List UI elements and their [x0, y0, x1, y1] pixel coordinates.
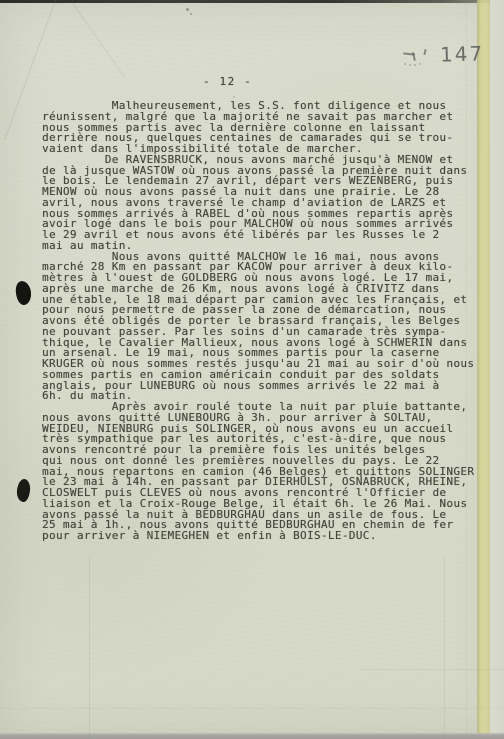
- typewritten-text: Malheureusement, les S.S. font diligence…: [42, 101, 487, 542]
- paragraph: Après avoir roulé toute la nuit par plui…: [42, 402, 487, 542]
- ink-blot: [16, 479, 31, 503]
- crease-line: [89, 556, 90, 739]
- paper-speck: [190, 13, 192, 15]
- ink-blot: [15, 280, 32, 305]
- pencil-mark: [423, 49, 426, 55]
- crease-line: [72, 2, 126, 78]
- crease-line: [0, 708, 504, 709]
- paper-speck: [233, 96, 235, 98]
- pencil-dot: [414, 64, 416, 66]
- scanner-edge-top: [0, 0, 504, 3]
- crease-line: [360, 669, 504, 670]
- paragraph: Nous avons quitté MALCHOW le 16 mai, nou…: [42, 252, 487, 403]
- pencil-dot: [419, 63, 421, 65]
- paper-speck: [186, 8, 189, 11]
- folio-number-handwritten: 147: [440, 41, 485, 66]
- pencil-dot: [404, 63, 406, 65]
- paragraph: De RAVENSBRUCK, nous avons marché jusqu'…: [42, 155, 487, 252]
- crease-line: [444, 556, 445, 739]
- scanner-edge-bottom: [0, 733, 504, 739]
- text-line: pour arriver à NIEMEGHEN et enfin à BOIS…: [42, 531, 487, 542]
- page-number: - 12 -: [203, 75, 252, 88]
- paragraph: Malheureusement, les S.S. font diligence…: [42, 101, 487, 155]
- adjacent-page-edge: [490, 0, 504, 739]
- pencil-mark: [412, 52, 416, 61]
- pencil-dot: [409, 64, 411, 66]
- scanned-document-page: - 12 - 147 Malheureusement, les S.S. fon…: [0, 0, 504, 739]
